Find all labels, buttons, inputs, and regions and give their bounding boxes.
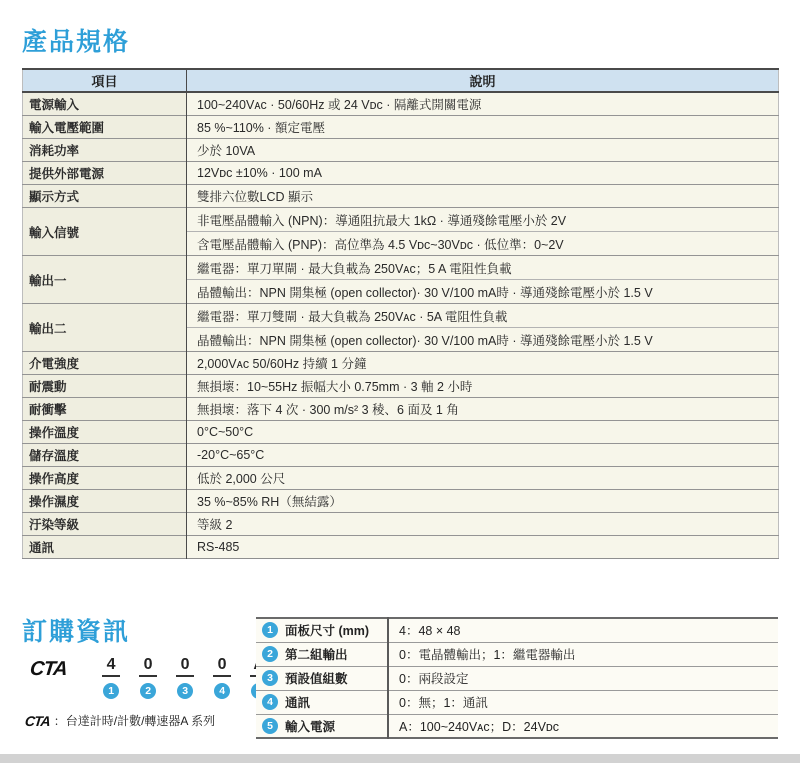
- spec-item-label: 操作高度: [23, 467, 187, 490]
- spec-item-value: 雙排六位數LCD 顯示: [187, 185, 779, 208]
- spec-item-value: 0°C~50°C: [187, 421, 779, 444]
- spec-item-value: -20°C~65°C: [187, 444, 779, 467]
- spec-item-value: 12Vᴅᴄ ±10% · 100 mA: [187, 162, 779, 185]
- spec-item-value: 等級 2: [187, 513, 779, 536]
- order-option-label: 第二組輸出: [285, 645, 348, 663]
- spec-item-label: 介電強度: [23, 352, 187, 375]
- model-char: 0: [176, 656, 194, 677]
- series-note-text: ：台達計時/計數/轉速器A 系列: [54, 712, 215, 729]
- spec-item-label: 顯示方式: [23, 185, 187, 208]
- spec-item-value: 無損壞：落下 4 次 · 300 m/s² 3 稜、6 面及 1 角: [187, 398, 779, 421]
- model-char-column: 0 4: [204, 656, 241, 699]
- series-note: CTA ：台達計時/計數/轉速器A 系列: [25, 712, 215, 729]
- table-row: 4 通訊 0：無；1：通訊: [256, 690, 778, 714]
- order-option-label-cell: 4 通訊: [256, 690, 388, 714]
- spec-item-value: 100~240Vᴀᴄ · 50/60Hz 或 24 Vᴅᴄ · 隔離式開關電源: [187, 92, 779, 116]
- model-char-column: 0 2: [130, 656, 167, 699]
- spec-item-value: 低於 2,000 公尺: [187, 467, 779, 490]
- table-row: 輸出二 繼電器：單刀雙閘 · 最大負載為 250Vᴀᴄ · 5A 電阻性負載: [23, 304, 779, 328]
- spec-item-label: 儲存溫度: [23, 444, 187, 467]
- order-option-value: 0：兩段設定: [388, 666, 778, 690]
- spec-item-value: 85 %~110% · 額定電壓: [187, 116, 779, 139]
- spec-header-item: 項目: [23, 69, 187, 92]
- page-bottom-edge: [0, 754, 800, 763]
- spec-item-value: 繼電器：單刀單閘 · 最大負載為 250Vᴀᴄ；5 A 電阻性負載: [187, 256, 779, 280]
- spec-item-value: 2,000Vᴀᴄ 50/60Hz 持續 1 分鐘: [187, 352, 779, 375]
- table-row: 耐震動 無損壞：10~55Hz 振幅大小 0.75mm · 3 軸 2 小時: [23, 375, 779, 398]
- spec-item-value: RS-485: [187, 536, 779, 559]
- model-char-column: 4 1: [93, 656, 130, 699]
- badge-4: 4: [262, 694, 278, 710]
- table-row: 1 面板尺寸 (mm) 4：48 × 48: [256, 618, 778, 642]
- table-row: 耐衝擊 無損壞：落下 4 次 · 300 m/s² 3 稜、6 面及 1 角: [23, 398, 779, 421]
- table-row: 操作溫度 0°C~50°C: [23, 421, 779, 444]
- badge-4: 4: [214, 683, 230, 699]
- spec-item-label: 操作濕度: [23, 490, 187, 513]
- spec-item-label: 提供外部電源: [23, 162, 187, 185]
- page-title-product-specs: 產品規格: [22, 22, 130, 58]
- table-row: 5 輸入電源 A：100~240Vᴀᴄ；D：24Vᴅᴄ: [256, 714, 778, 738]
- model-char: 0: [139, 656, 157, 677]
- spec-item-label: 操作溫度: [23, 421, 187, 444]
- badge-1: 1: [262, 622, 278, 638]
- spec-header-description: 說明: [187, 69, 779, 92]
- table-row: 儲存溫度 -20°C~65°C: [23, 444, 779, 467]
- badge-2: 2: [262, 646, 278, 662]
- order-option-label: 面板尺寸 (mm): [285, 621, 369, 639]
- badge-3: 3: [177, 683, 193, 699]
- model-number-characters: 4 1 0 2 0 3 0 4 A 5: [93, 656, 278, 699]
- model-char: 0: [213, 656, 231, 677]
- page-title-ordering-info: 訂購資訊: [22, 612, 130, 648]
- ordering-options-table: 1 面板尺寸 (mm) 4：48 × 48 2 第二組輸出 0：電晶體輸出；1：…: [256, 617, 778, 739]
- order-option-label: 通訊: [285, 693, 310, 711]
- spec-item-label: 耐衝擊: [23, 398, 187, 421]
- table-row: 操作高度 低於 2,000 公尺: [23, 467, 779, 490]
- table-row: 2 第二組輸出 0：電晶體輸出；1：繼電器輸出: [256, 642, 778, 666]
- spec-item-value: 少於 10VA: [187, 139, 779, 162]
- spec-item-label: 通訊: [23, 536, 187, 559]
- order-option-label-cell: 2 第二組輸出: [256, 642, 388, 666]
- model-number-diagram: CTA 4 1 0 2 0 3 0 4 A: [30, 658, 278, 699]
- order-option-value: 0：電晶體輸出；1：繼電器輸出: [388, 642, 778, 666]
- table-row: 通訊 RS-485: [23, 536, 779, 559]
- table-row: 汙染等級 等級 2: [23, 513, 779, 536]
- spec-item-label: 汙染等級: [23, 513, 187, 536]
- spec-item-value: 晶體輸出：NPN 開集極 (open collector)· 30 V/100 …: [187, 280, 779, 304]
- table-row: 介電強度 2,000Vᴀᴄ 50/60Hz 持續 1 分鐘: [23, 352, 779, 375]
- model-char: 4: [102, 656, 120, 677]
- spec-item-label: 輸出一: [23, 256, 187, 304]
- spec-item-value: 含電壓晶體輸入 (PNP)：高位準為 4.5 Vᴅᴄ~30Vᴅᴄ · 低位準：0…: [187, 232, 779, 256]
- spec-table: 項目 說明 電源輸入 100~240Vᴀᴄ · 50/60Hz 或 24 Vᴅᴄ…: [22, 68, 779, 559]
- order-option-label-cell: 5 輸入電源: [256, 714, 388, 738]
- spec-item-value: 無損壞：10~55Hz 振幅大小 0.75mm · 3 軸 2 小時: [187, 375, 779, 398]
- table-row: 消耗功率 少於 10VA: [23, 139, 779, 162]
- spec-item-value: 非電壓晶體輸入 (NPN)：導通阻抗最大 1kΩ · 導通殘餘電壓小於 2V: [187, 208, 779, 232]
- spec-item-value: 35 %~85% RH（無結露）: [187, 490, 779, 513]
- spec-item-value: 繼電器：單刀雙閘 · 最大負載為 250Vᴀᴄ · 5A 電阻性負載: [187, 304, 779, 328]
- order-option-value: 4：48 × 48: [388, 618, 778, 642]
- cta-logo-small: CTA: [24, 713, 50, 729]
- table-row: 顯示方式 雙排六位數LCD 顯示: [23, 185, 779, 208]
- badge-2: 2: [140, 683, 156, 699]
- table-row: 3 預設值組數 0：兩段設定: [256, 666, 778, 690]
- cta-logo: CTA: [29, 658, 68, 681]
- badge-5: 5: [262, 718, 278, 734]
- table-row: 提供外部電源 12Vᴅᴄ ±10% · 100 mA: [23, 162, 779, 185]
- spec-sheet-page: 產品規格 項目 說明 電源輸入 100~240Vᴀᴄ · 50/60Hz 或 2…: [0, 0, 800, 763]
- spec-item-label: 輸出二: [23, 304, 187, 352]
- spec-table-header-row: 項目 說明: [23, 69, 779, 92]
- spec-item-label: 消耗功率: [23, 139, 187, 162]
- spec-item-label: 耐震動: [23, 375, 187, 398]
- badge-3: 3: [262, 670, 278, 686]
- order-option-label: 輸入電源: [285, 717, 335, 735]
- table-row: 電源輸入 100~240Vᴀᴄ · 50/60Hz 或 24 Vᴅᴄ · 隔離式…: [23, 92, 779, 116]
- table-row: 輸入電壓範圍 85 %~110% · 額定電壓: [23, 116, 779, 139]
- spec-item-value: 晶體輸出：NPN 開集極 (open collector)· 30 V/100 …: [187, 328, 779, 352]
- table-row: 輸入信號 非電壓晶體輸入 (NPN)：導通阻抗最大 1kΩ · 導通殘餘電壓小於…: [23, 208, 779, 232]
- order-option-label: 預設值組數: [285, 669, 348, 687]
- order-option-value: A：100~240Vᴀᴄ；D：24Vᴅᴄ: [388, 714, 778, 738]
- ordering-info-section: 訂購資訊 CTA 4 1 0 2 0 3 0 4: [0, 612, 800, 752]
- table-row: 操作濕度 35 %~85% RH（無結露）: [23, 490, 779, 513]
- spec-item-label: 電源輸入: [23, 92, 187, 116]
- model-char-column: 0 3: [167, 656, 204, 699]
- spec-item-label: 輸入電壓範圍: [23, 116, 187, 139]
- spec-item-label: 輸入信號: [23, 208, 187, 256]
- order-option-label-cell: 1 面板尺寸 (mm): [256, 618, 388, 642]
- order-option-label-cell: 3 預設值組數: [256, 666, 388, 690]
- badge-1: 1: [103, 683, 119, 699]
- table-row: 輸出一 繼電器：單刀單閘 · 最大負載為 250Vᴀᴄ；5 A 電阻性負載: [23, 256, 779, 280]
- order-option-value: 0：無；1：通訊: [388, 690, 778, 714]
